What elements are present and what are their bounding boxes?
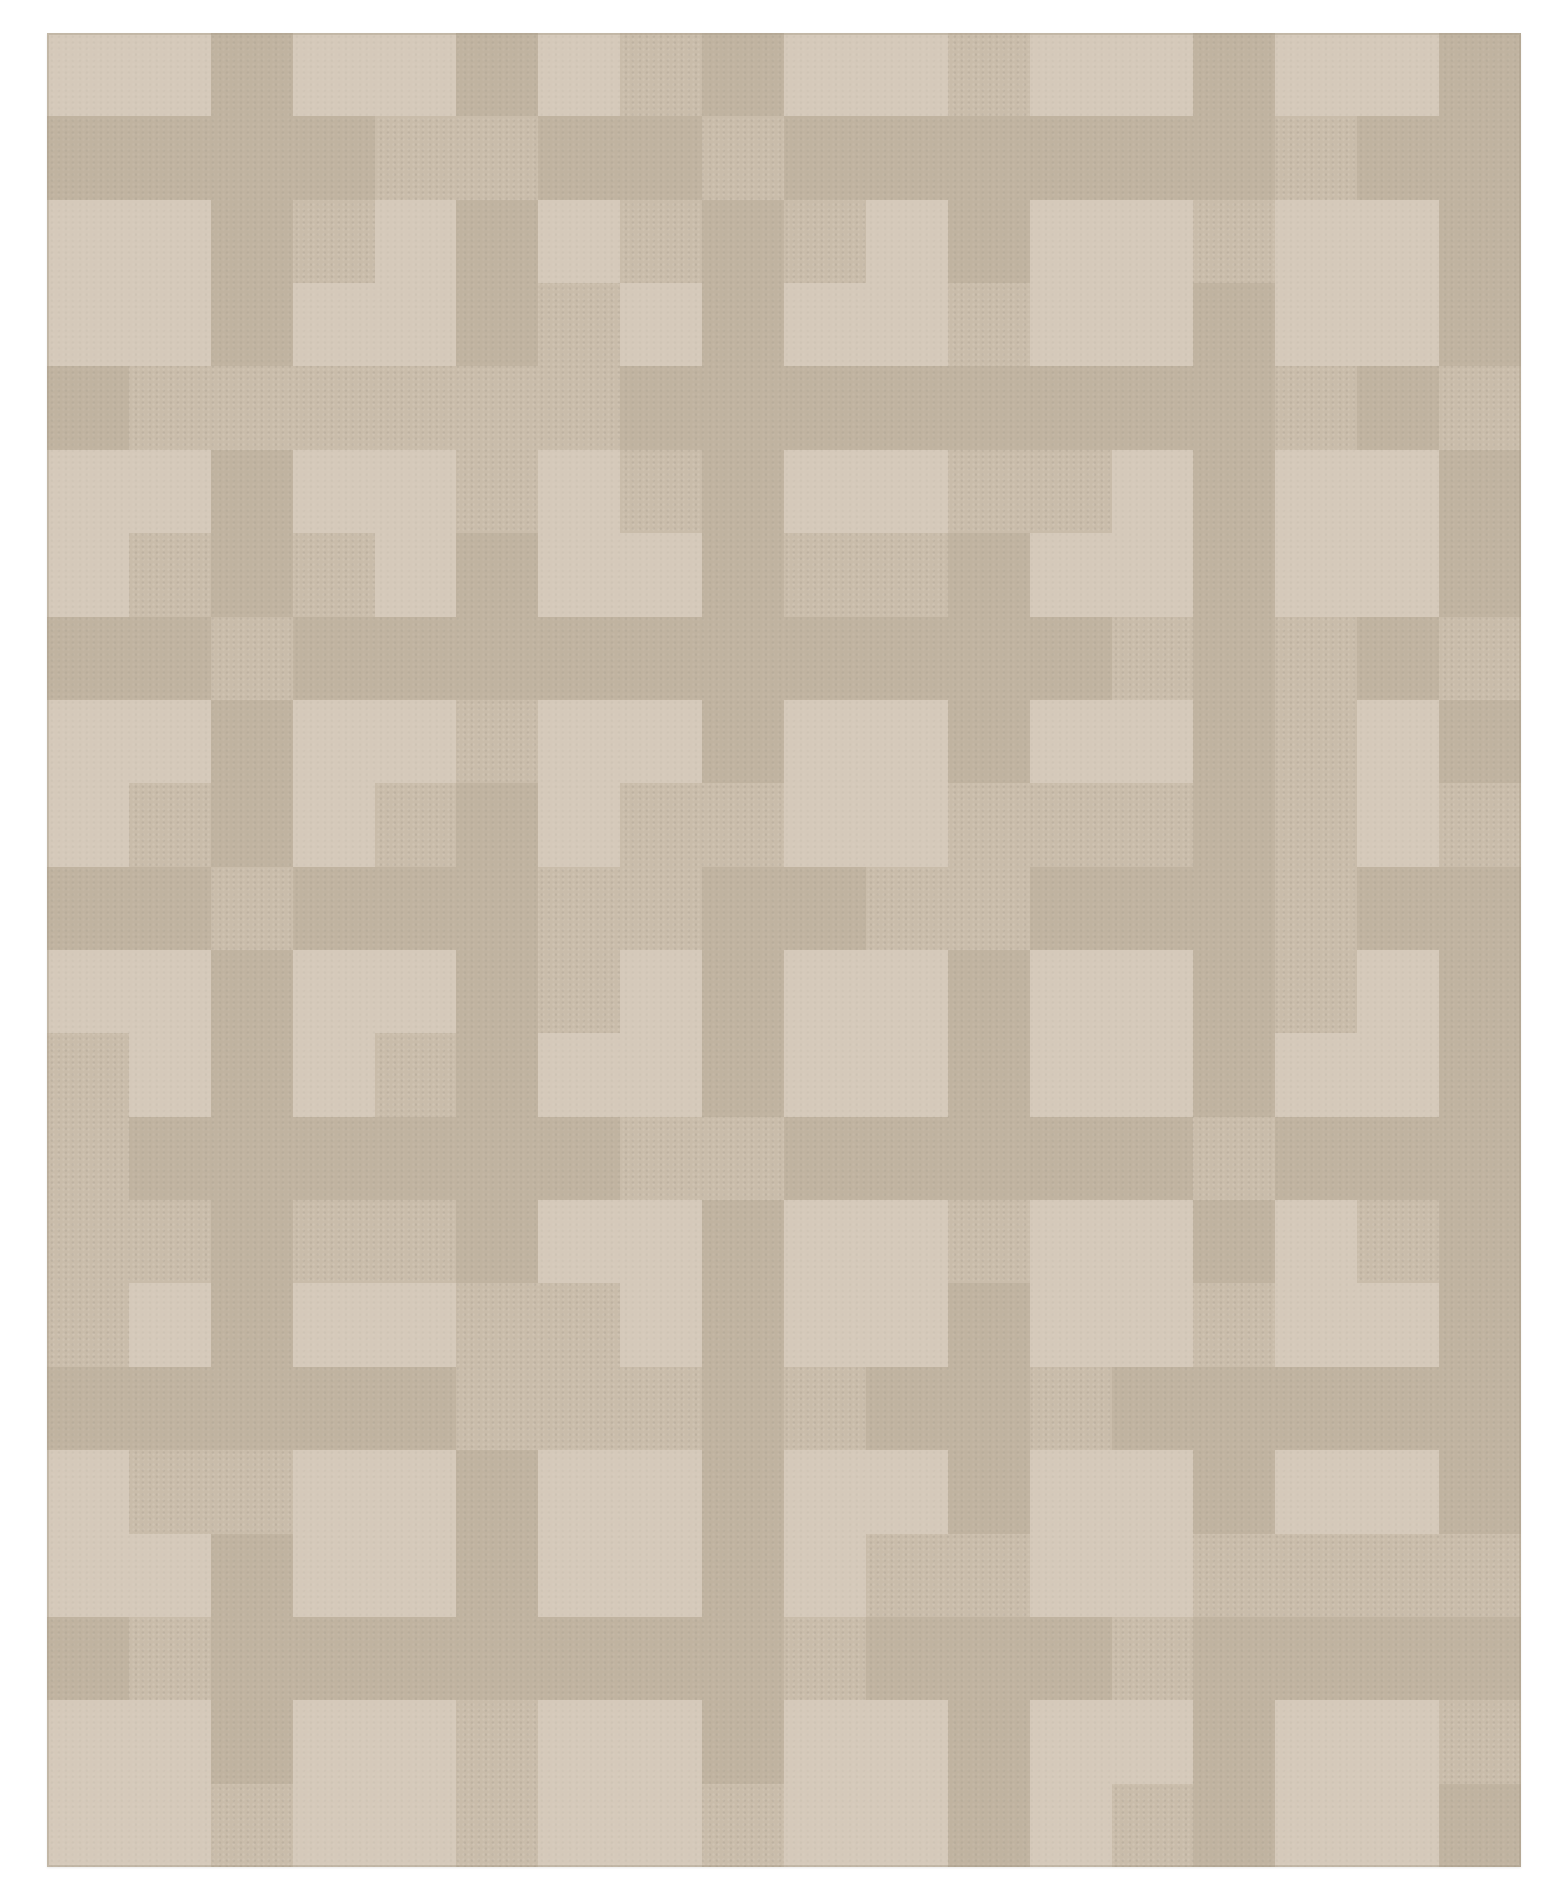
rug-pattern-cell [456,283,538,366]
rug-pattern-cell [375,1534,457,1617]
rug-pattern-cell [620,33,702,116]
rug-pattern-cell [784,283,866,366]
rug-pattern-cell [1030,1033,1112,1116]
rug-pattern-cell [129,33,211,116]
rug-pattern-cell [784,700,866,783]
rug-pattern-cell [375,1200,457,1283]
rug-pattern-cell [47,950,129,1033]
rug-pattern-cell [375,33,457,116]
rug-pattern-cell [375,1283,457,1366]
rug-pattern-cell [129,1033,211,1116]
rug-pattern-cell [1112,533,1194,616]
rug-pattern-cell [948,200,1030,283]
rug-pattern-cell [1439,867,1521,950]
rug-pattern-cell [784,783,866,866]
rug-pattern-cell [1193,450,1275,533]
rug-pattern-cell [47,283,129,366]
rug-pattern-cell [129,1700,211,1783]
rug-pattern-cell [948,116,1030,199]
rug-pattern-cell [1275,1450,1357,1533]
rug-pattern-cell [784,200,866,283]
rug-pattern-cell [1357,783,1439,866]
rug-pattern-cell [866,1534,948,1617]
rug-pattern-cell [375,867,457,950]
rug-pattern-cell [456,1784,538,1867]
rug-pattern-cell [129,867,211,950]
rug-pattern-cell [1357,200,1439,283]
rug-pattern-cell [1439,283,1521,366]
rug-pattern-cell [293,33,375,116]
rug-pattern-cell [47,200,129,283]
rug-pattern-cell [293,1200,375,1283]
rug-pattern-cell [702,366,784,449]
rug-pattern-cell [1439,1200,1521,1283]
rug-pattern-cell [538,1617,620,1700]
rug-pattern-cell [784,1534,866,1617]
rug-pattern-cell [1357,283,1439,366]
rug-pattern-cell [211,1700,293,1783]
rug-pattern-cell [375,1367,457,1450]
rug-pattern-cell [1112,116,1194,199]
rug-pattern-cell [1030,1283,1112,1366]
rug-pattern-cell [1275,533,1357,616]
rug-pattern-cell [1112,1283,1194,1366]
rug-pattern-cell [866,700,948,783]
rug-pattern-cell [47,1784,129,1867]
rug-pattern-cell [1357,867,1439,950]
rug-pattern-cell [1112,700,1194,783]
rug-pattern-cell [293,533,375,616]
rug-pattern-cell [1193,1117,1275,1200]
rug-pattern-cell [866,533,948,616]
rug-pattern-cell [1357,1700,1439,1783]
rug-pattern-cell [866,1117,948,1200]
rug-pattern-cell [375,1784,457,1867]
rug-pattern-cell [620,1033,702,1116]
rug-pattern-cell [866,1200,948,1283]
rug-pattern-cell [702,450,784,533]
rug-pattern-cell [1030,1700,1112,1783]
rug-pattern-cell [129,116,211,199]
rug-pattern-cell [129,700,211,783]
rug-pattern-cell [456,450,538,533]
rug-pattern-cell [456,617,538,700]
rug-pattern-cell [1112,1117,1194,1200]
rug-pattern-cell [1030,200,1112,283]
rug-pattern-cell [1439,1450,1521,1533]
rug-pattern-cell [456,533,538,616]
rug-pattern-cell [948,950,1030,1033]
rug-pattern-cell [456,783,538,866]
rug-pattern-cell [1193,867,1275,950]
rug-pattern-cell [211,1784,293,1867]
rug-pattern-cell [211,617,293,700]
rug-pattern-cell [1357,1117,1439,1200]
rug-pattern-cell [1112,783,1194,866]
rug-pattern-cell [293,700,375,783]
rug-pattern-cell [866,617,948,700]
rug-pattern-cell [620,1450,702,1533]
rug-pattern-cell [1030,450,1112,533]
rug-pattern-cell [456,366,538,449]
rug-pattern-cell [620,1200,702,1283]
rug-pattern-cell [620,1617,702,1700]
rug-pattern-cell [866,116,948,199]
rug-pattern-cell [211,1117,293,1200]
rug-pattern-cell [1439,533,1521,616]
rug-pattern-cell [47,1033,129,1116]
rug-pattern-cell [866,200,948,283]
rug-pattern-cell [702,783,784,866]
rug-pattern-cell [702,1784,784,1867]
rug-pattern-cell [1439,617,1521,700]
rug-pattern-cell [293,366,375,449]
rug-pattern-cell [47,366,129,449]
rug-pattern-cell [129,533,211,616]
rug-pattern-cell [1275,1033,1357,1116]
rug-pattern-cell [1030,1617,1112,1700]
rug-pattern-cell [866,1367,948,1450]
rug-pattern-cell [1030,283,1112,366]
rug-pattern-cell [456,1033,538,1116]
rug-pattern-cell [784,33,866,116]
rug-pattern-cell [129,366,211,449]
rug-pattern-cell [620,1367,702,1450]
rug-pattern-cell [293,283,375,366]
rug-pattern-cell [211,867,293,950]
rug-pattern-cell [211,783,293,866]
rug-pattern-cell [1439,950,1521,1033]
rug-pattern-cell [1439,200,1521,283]
rug-pattern-cell [293,1367,375,1450]
rug-pattern-cell [1112,33,1194,116]
rug-pattern-cell [948,283,1030,366]
rug-pattern-cell [620,366,702,449]
rug-pattern-cell [456,700,538,783]
rug-pattern-cell [47,617,129,700]
rug-pattern-cell [1275,950,1357,1033]
rug-pattern-cell [1275,1534,1357,1617]
rug-pattern-cell [1357,1367,1439,1450]
rug-pattern-cell [1357,1534,1439,1617]
rug-pattern-cell [620,200,702,283]
rug-pattern-cell [1275,116,1357,199]
rug-pattern-cell [620,1283,702,1366]
rug-pattern-cell [538,867,620,950]
rug-pattern-cell [211,283,293,366]
rug-pattern-cell [1275,200,1357,283]
rug-pattern-cell [47,1200,129,1283]
rug-pattern-cell [948,867,1030,950]
rug-pattern-cell [1357,450,1439,533]
rug [47,33,1521,1867]
rug-pattern-cell [702,116,784,199]
rug-pattern-cell [702,1450,784,1533]
rug-pattern-cell [784,366,866,449]
rug-pattern-cell [293,617,375,700]
rug-pattern-cell [866,1450,948,1533]
rug-pattern-cell [702,1367,784,1450]
rug-pattern-cell [948,783,1030,866]
rug-pattern-cell [456,1450,538,1533]
rug-pattern-cell [948,1700,1030,1783]
rug-pattern-cell [47,116,129,199]
rug-pattern-cell [866,1617,948,1700]
rug-pattern-cell [375,1700,457,1783]
rug-pattern-cell [702,1283,784,1366]
rug-pattern-cell [129,283,211,366]
rug-pattern-cell [1193,33,1275,116]
rug-pattern-cell [1193,1534,1275,1617]
rug-pattern-cell [1357,617,1439,700]
rug-pattern-cell [620,1117,702,1200]
rug-pattern-cell [47,1283,129,1366]
rug-pattern-cell [375,1117,457,1200]
rug-pattern-cell [784,867,866,950]
rug-pattern-cell [293,783,375,866]
rug-pattern-cell [375,783,457,866]
rug-pattern-cell [538,533,620,616]
rug-pattern-cell [1439,783,1521,866]
rug-pattern-cell [784,450,866,533]
rug-pattern-cell [702,33,784,116]
rug-pattern-cell [1030,617,1112,700]
rug-pattern-cell [866,1784,948,1867]
rug-pattern-cell [1275,1283,1357,1366]
rug-pattern-cell [784,617,866,700]
rug-pattern-cell [948,1534,1030,1617]
rug-pattern-cell [620,783,702,866]
rug-pattern-cell [538,1534,620,1617]
rug-pattern-cell [1439,1033,1521,1116]
rug-pattern-cell [538,33,620,116]
rug-pattern-cell [375,283,457,366]
rug-pattern-cell [129,200,211,283]
rug-pattern-cell [1112,450,1194,533]
rug-pattern-cell [538,200,620,283]
rug-pattern-cell [784,1700,866,1783]
rug-pattern-cell [538,783,620,866]
rug-pattern-cell [1439,1617,1521,1700]
rug-pattern-cell [456,1534,538,1617]
rug-pattern-cell [47,33,129,116]
rug-pattern-cell [538,700,620,783]
rug-pattern-cell [538,366,620,449]
rug-pattern-cell [784,533,866,616]
rug-pattern-cell [1030,1534,1112,1617]
rug-pattern-cell [620,450,702,533]
rug-pattern-cell [375,533,457,616]
rug-pattern-cell [1030,1784,1112,1867]
rug-pattern-cell [1112,1617,1194,1700]
rug-pattern-cell [293,1700,375,1783]
rug-pattern-cell [211,366,293,449]
rug-pattern-cell [211,1033,293,1116]
rug-pattern-cell [1112,867,1194,950]
rug-pattern-cell [1357,1784,1439,1867]
rug-pattern-cell [1439,366,1521,449]
rug-pattern-cell [1275,1200,1357,1283]
rug-pattern-cell [1439,450,1521,533]
rug-pattern-cell [620,700,702,783]
rug-pattern-cell [538,116,620,199]
rug-pattern-cell [1357,33,1439,116]
rug-pattern-cell [948,617,1030,700]
rug-pattern-cell [538,450,620,533]
rug-pattern-cell [702,867,784,950]
rug-pattern-cell [702,200,784,283]
rug-pattern-cell [948,1117,1030,1200]
rug-pattern-cell [866,783,948,866]
rug-pattern-cell [702,1117,784,1200]
rug-pattern-cell [375,200,457,283]
rug-pattern-cell [866,33,948,116]
rug-pattern-cell [1030,33,1112,116]
rug-pattern-cell [948,366,1030,449]
rug-pattern-cell [211,950,293,1033]
rug-pattern-cell [1357,950,1439,1033]
rug-pattern-cell [129,1117,211,1200]
rug-pattern-cell [456,1283,538,1366]
rug-pattern-cell [538,1033,620,1116]
rug-pattern-cell [866,366,948,449]
rug-pattern-cell [129,1450,211,1533]
rug-pattern-cell [1112,1700,1194,1783]
rug-pattern-cell [1112,200,1194,283]
rug-pattern-cell [784,1117,866,1200]
rug-pattern-cell [784,1784,866,1867]
rug-pattern-cell [1275,1784,1357,1867]
rug-pattern-cell [1439,1784,1521,1867]
rug-pattern-cell [784,1200,866,1283]
rug-pattern-cell [620,1700,702,1783]
rug-pattern-cell [538,1450,620,1533]
rug-pattern-cell [375,950,457,1033]
rug-pattern-cell [538,1700,620,1783]
rug-pattern-cell [211,450,293,533]
rug-pattern-cell [702,1534,784,1617]
rug-pattern-cell [866,283,948,366]
rug-pattern-cell [1030,783,1112,866]
rug-pattern-cell [1275,700,1357,783]
rug-pattern-cell [1112,1450,1194,1533]
rug-pattern-cell [1193,533,1275,616]
rug-pattern-cell [1275,867,1357,950]
rug-pattern-cell [1275,1367,1357,1450]
rug-pattern-cell [1275,450,1357,533]
rug-pattern-cell [620,116,702,199]
rug-pattern-cell [1275,1617,1357,1700]
rug-pattern-cell [1439,116,1521,199]
rug-pattern-cell [866,450,948,533]
rug-pattern-cell [1112,950,1194,1033]
rug-pattern-cell [784,1283,866,1366]
rug-pattern-cell [375,1033,457,1116]
rug-pattern-cell [211,1450,293,1533]
rug-pattern-cell [1275,33,1357,116]
rug-pattern-cell [47,533,129,616]
rug-pattern-cell [375,116,457,199]
rug-pattern-cell [1439,1283,1521,1366]
rug-pattern-cell [1357,700,1439,783]
rug-pattern-cell [702,617,784,700]
rug-pattern-cell [620,1784,702,1867]
rug-pattern-cell [1275,283,1357,366]
rug-pattern-cell [948,1200,1030,1283]
rug-pattern-cell [948,33,1030,116]
rug-pattern-cell [211,33,293,116]
rug-pattern-cell [1275,366,1357,449]
rug-pattern-cell [702,283,784,366]
rug-pattern-cell [948,1450,1030,1533]
rug-pattern-cell [620,867,702,950]
rug-pattern-cell [293,1617,375,1700]
rug-pattern-cell [293,1784,375,1867]
rug-pattern-cell [1112,1033,1194,1116]
rug-pattern-cell [375,366,457,449]
rug-pattern-cell [129,617,211,700]
rug-pattern-cell [1193,1700,1275,1783]
rug-pattern-cell [1357,533,1439,616]
rug-pattern-cell [211,1200,293,1283]
rug-pattern-cell [375,1450,457,1533]
rug-pattern-cell [538,950,620,1033]
rug-pattern-cell [456,950,538,1033]
rug-pattern-cell [1193,1283,1275,1366]
rug-pattern-cell [293,867,375,950]
rug-pattern-cell [620,950,702,1033]
rug-pattern-cell [1439,1700,1521,1783]
rug-pattern-cell [456,33,538,116]
rug-pattern-cell [866,1283,948,1366]
rug-pattern-cell [1112,617,1194,700]
rug-pattern-cell [129,1367,211,1450]
rug-pattern-cell [1193,1450,1275,1533]
rug-pattern [47,33,1521,1867]
rug-pattern-cell [129,450,211,533]
rug-pattern-cell [1030,1367,1112,1450]
rug-pattern-cell [293,200,375,283]
rug-pattern-cell [1193,283,1275,366]
rug-pattern-cell [538,1200,620,1283]
rug-pattern-cell [129,1283,211,1366]
rug-pattern-cell [784,950,866,1033]
rug-pattern-cell [375,1617,457,1700]
rug-pattern-cell [1357,1617,1439,1700]
rug-pattern-cell [1357,1283,1439,1366]
rug-pattern-cell [866,1033,948,1116]
rug-pattern-cell [1193,617,1275,700]
rug-pattern-cell [211,116,293,199]
rug-pattern-cell [211,200,293,283]
rug-pattern-cell [620,533,702,616]
rug-pattern-cell [293,1534,375,1617]
rug-pattern-cell [211,1534,293,1617]
rug-pattern-cell [1030,1117,1112,1200]
rug-pattern-cell [1112,366,1194,449]
rug-pattern-cell [702,700,784,783]
rug-pattern-cell [47,1534,129,1617]
rug-pattern-cell [1030,867,1112,950]
rug-pattern-cell [538,1283,620,1366]
rug-pattern-cell [456,1200,538,1283]
rug-pattern-cell [293,1117,375,1200]
rug-pattern-cell [47,1617,129,1700]
rug-pattern-cell [456,200,538,283]
rug-pattern-cell [1112,1367,1194,1450]
rug-pattern-cell [456,1367,538,1450]
rug-pattern-cell [1357,1200,1439,1283]
